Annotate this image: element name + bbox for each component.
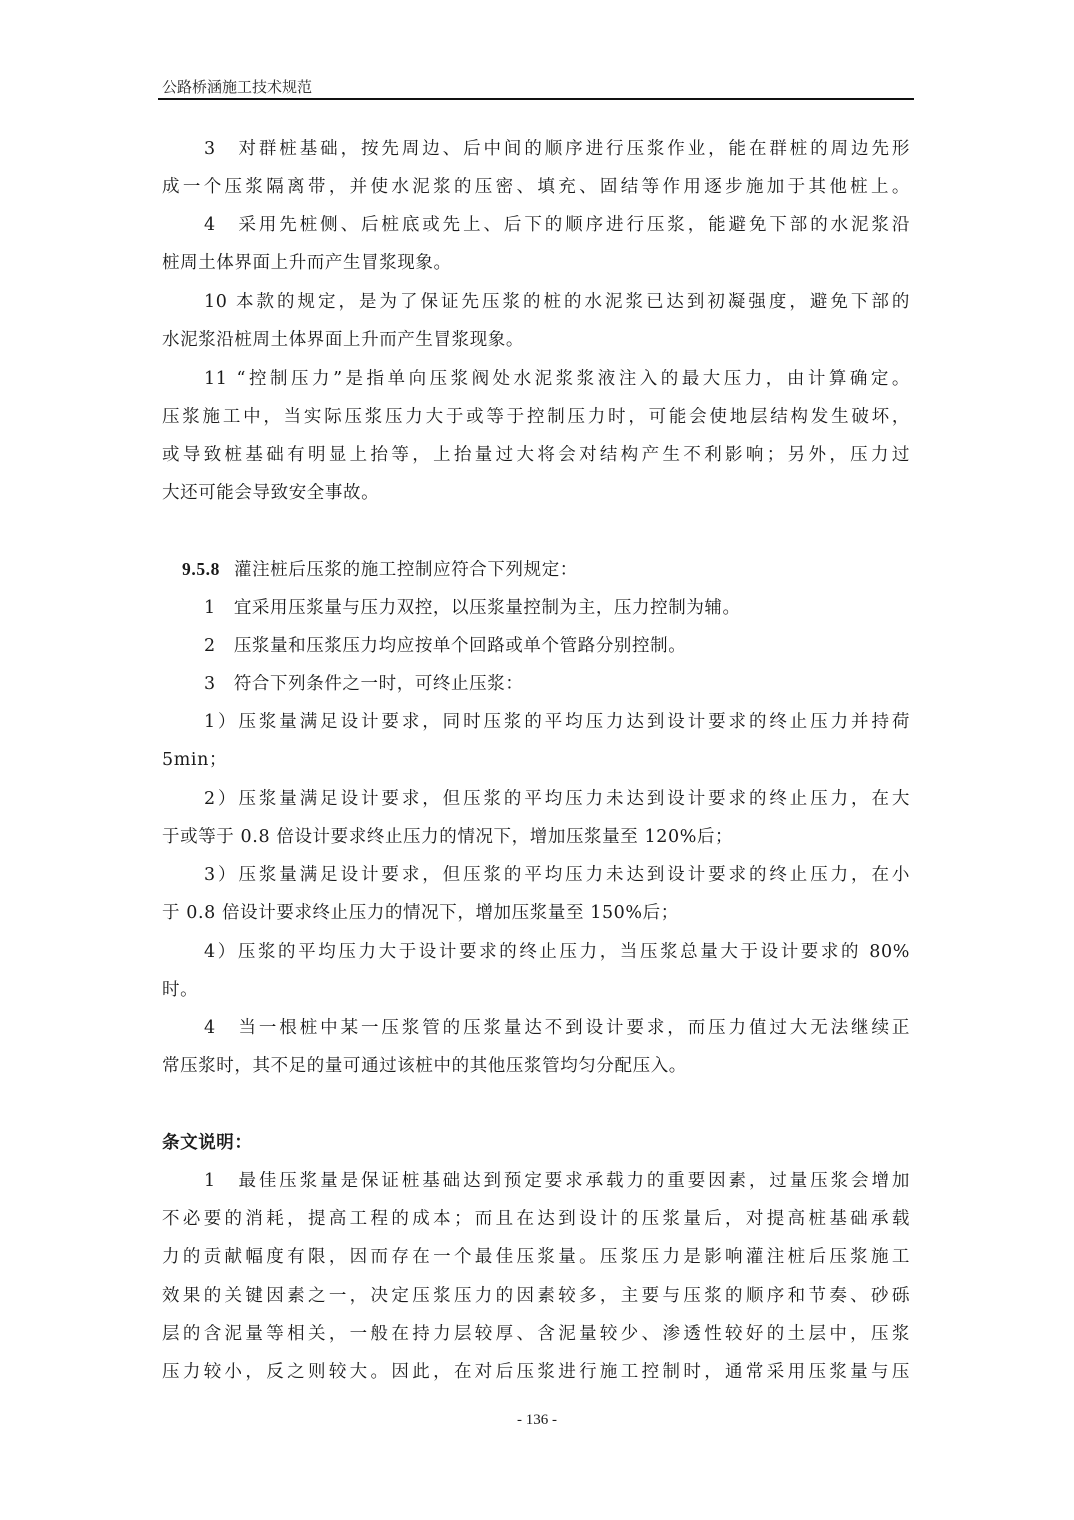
sub-clause-line: 5min；	[162, 748, 910, 772]
header-divider	[158, 98, 914, 100]
sub-clause-line: 2）压浆量满足设计要求，但压浆的平均压力未达到设计要求的终止压力，在大	[204, 787, 910, 811]
clause-item: 常压浆时，其不足的量可通过该桩中的其他压浆管均匀分配压入。	[162, 1054, 910, 1078]
sub-clause-line: 于或等于 0.8 倍设计要求终止压力的情况下，增加压浆量至 120%后；	[162, 825, 910, 849]
page-number: - 136 -	[0, 1412, 1074, 1429]
section-heading: 9.5.8灌注桩后压浆的施工控制应符合下列规定：	[182, 557, 930, 582]
clause-item: 2 压浆量和压浆压力均应按单个回路或单个管路分别控制。	[204, 634, 910, 658]
running-header-title: 公路桥涵施工技术规范	[162, 76, 312, 97]
text-line: 成一个压浆隔离带，并使水泥浆的压密、填充、固结等作用逐步施加于其他桩上。	[162, 175, 910, 199]
text-line: 11 “控制压力”是指单向压浆阀处水泥浆浆液注入的最大压力，由计算确定。	[204, 367, 910, 391]
text-line: 10 本款的规定，是为了保证先压浆的桩的水泥浆已达到初凝强度，避免下部的	[204, 290, 910, 314]
text-line: 压浆施工中，当实际压浆压力大于或等于控制压力时，可能会使地层结构发生破坏，	[162, 405, 910, 429]
commentary-line: 效果的关键因素之一，决定压浆压力的因素较多，主要与压浆的顺序和节奏、砂砾	[162, 1284, 910, 1308]
text-line: 或导致桩基础有明显上抬等，上抬量过大将会对结构产生不利影响；另外，压力过	[162, 443, 910, 467]
text-line: 4 采用先桩侧、后桩底或先上、后下的顺序进行压浆，能避免下部的水泥浆沿	[204, 213, 910, 237]
text-line: 大还可能会导致安全事故。	[162, 481, 910, 505]
section-title: 灌注桩后压浆的施工控制应符合下列规定：	[234, 560, 578, 580]
sub-clause-line: 1）压浆量满足设计要求，同时压浆的平均压力达到设计要求的终止压力并持荷	[204, 710, 910, 734]
sub-clause-line: 4）压浆的平均压力大于设计要求的终止压力，当压浆总量大于设计要求的 80%	[204, 940, 910, 964]
commentary-line: 压力较小，反之则较大。因此，在对后压浆进行施工控制时，通常采用压浆量与压	[162, 1360, 910, 1384]
commentary-line: 不必要的消耗，提高工程的成本；而且在达到设计的压浆量后，对提高桩基础承载	[162, 1207, 910, 1231]
sub-clause-line: 于 0.8 倍设计要求终止压力的情况下，增加压浆量至 150%后；	[162, 901, 910, 925]
sub-clause-line: 3）压浆量满足设计要求，但压浆的平均压力未达到设计要求的终止压力，在小	[204, 863, 910, 887]
section-number: 9.5.8	[182, 559, 220, 579]
commentary-line: 层的含泥量等相关，一般在持力层较厚、含泥量较少、渗透性较好的土层中，压浆	[162, 1322, 910, 1346]
sub-clause-line: 时。	[162, 978, 910, 1002]
clause-item: 3 符合下列条件之一时，可终止压浆：	[204, 672, 910, 696]
clause-item: 1 宜采用压浆量与压力双控，以压浆量控制为主，压力控制为辅。	[204, 596, 910, 620]
commentary-line: 力的贡献幅度有限，因而存在一个最佳压浆量。压浆压力是影响灌注桩后压浆施工	[162, 1245, 910, 1269]
clause-item: 4 当一根桩中某一压浆管的压浆量达不到设计要求，而压力值过大无法继续正	[204, 1016, 910, 1040]
text-line: 水泥浆沿桩周土体界面上升而产生冒浆现象。	[162, 328, 910, 352]
commentary-line: 1 最佳压浆量是保证桩基础达到预定要求承载力的重要因素，过量压浆会增加	[204, 1169, 910, 1193]
text-line: 桩周土体界面上升而产生冒浆现象。	[162, 251, 910, 275]
text-line: 3 对群桩基础，按先周边、后中间的顺序进行压浆作业，能在群桩的周边先形	[204, 137, 910, 161]
commentary-heading: 条文说明：	[162, 1131, 910, 1155]
